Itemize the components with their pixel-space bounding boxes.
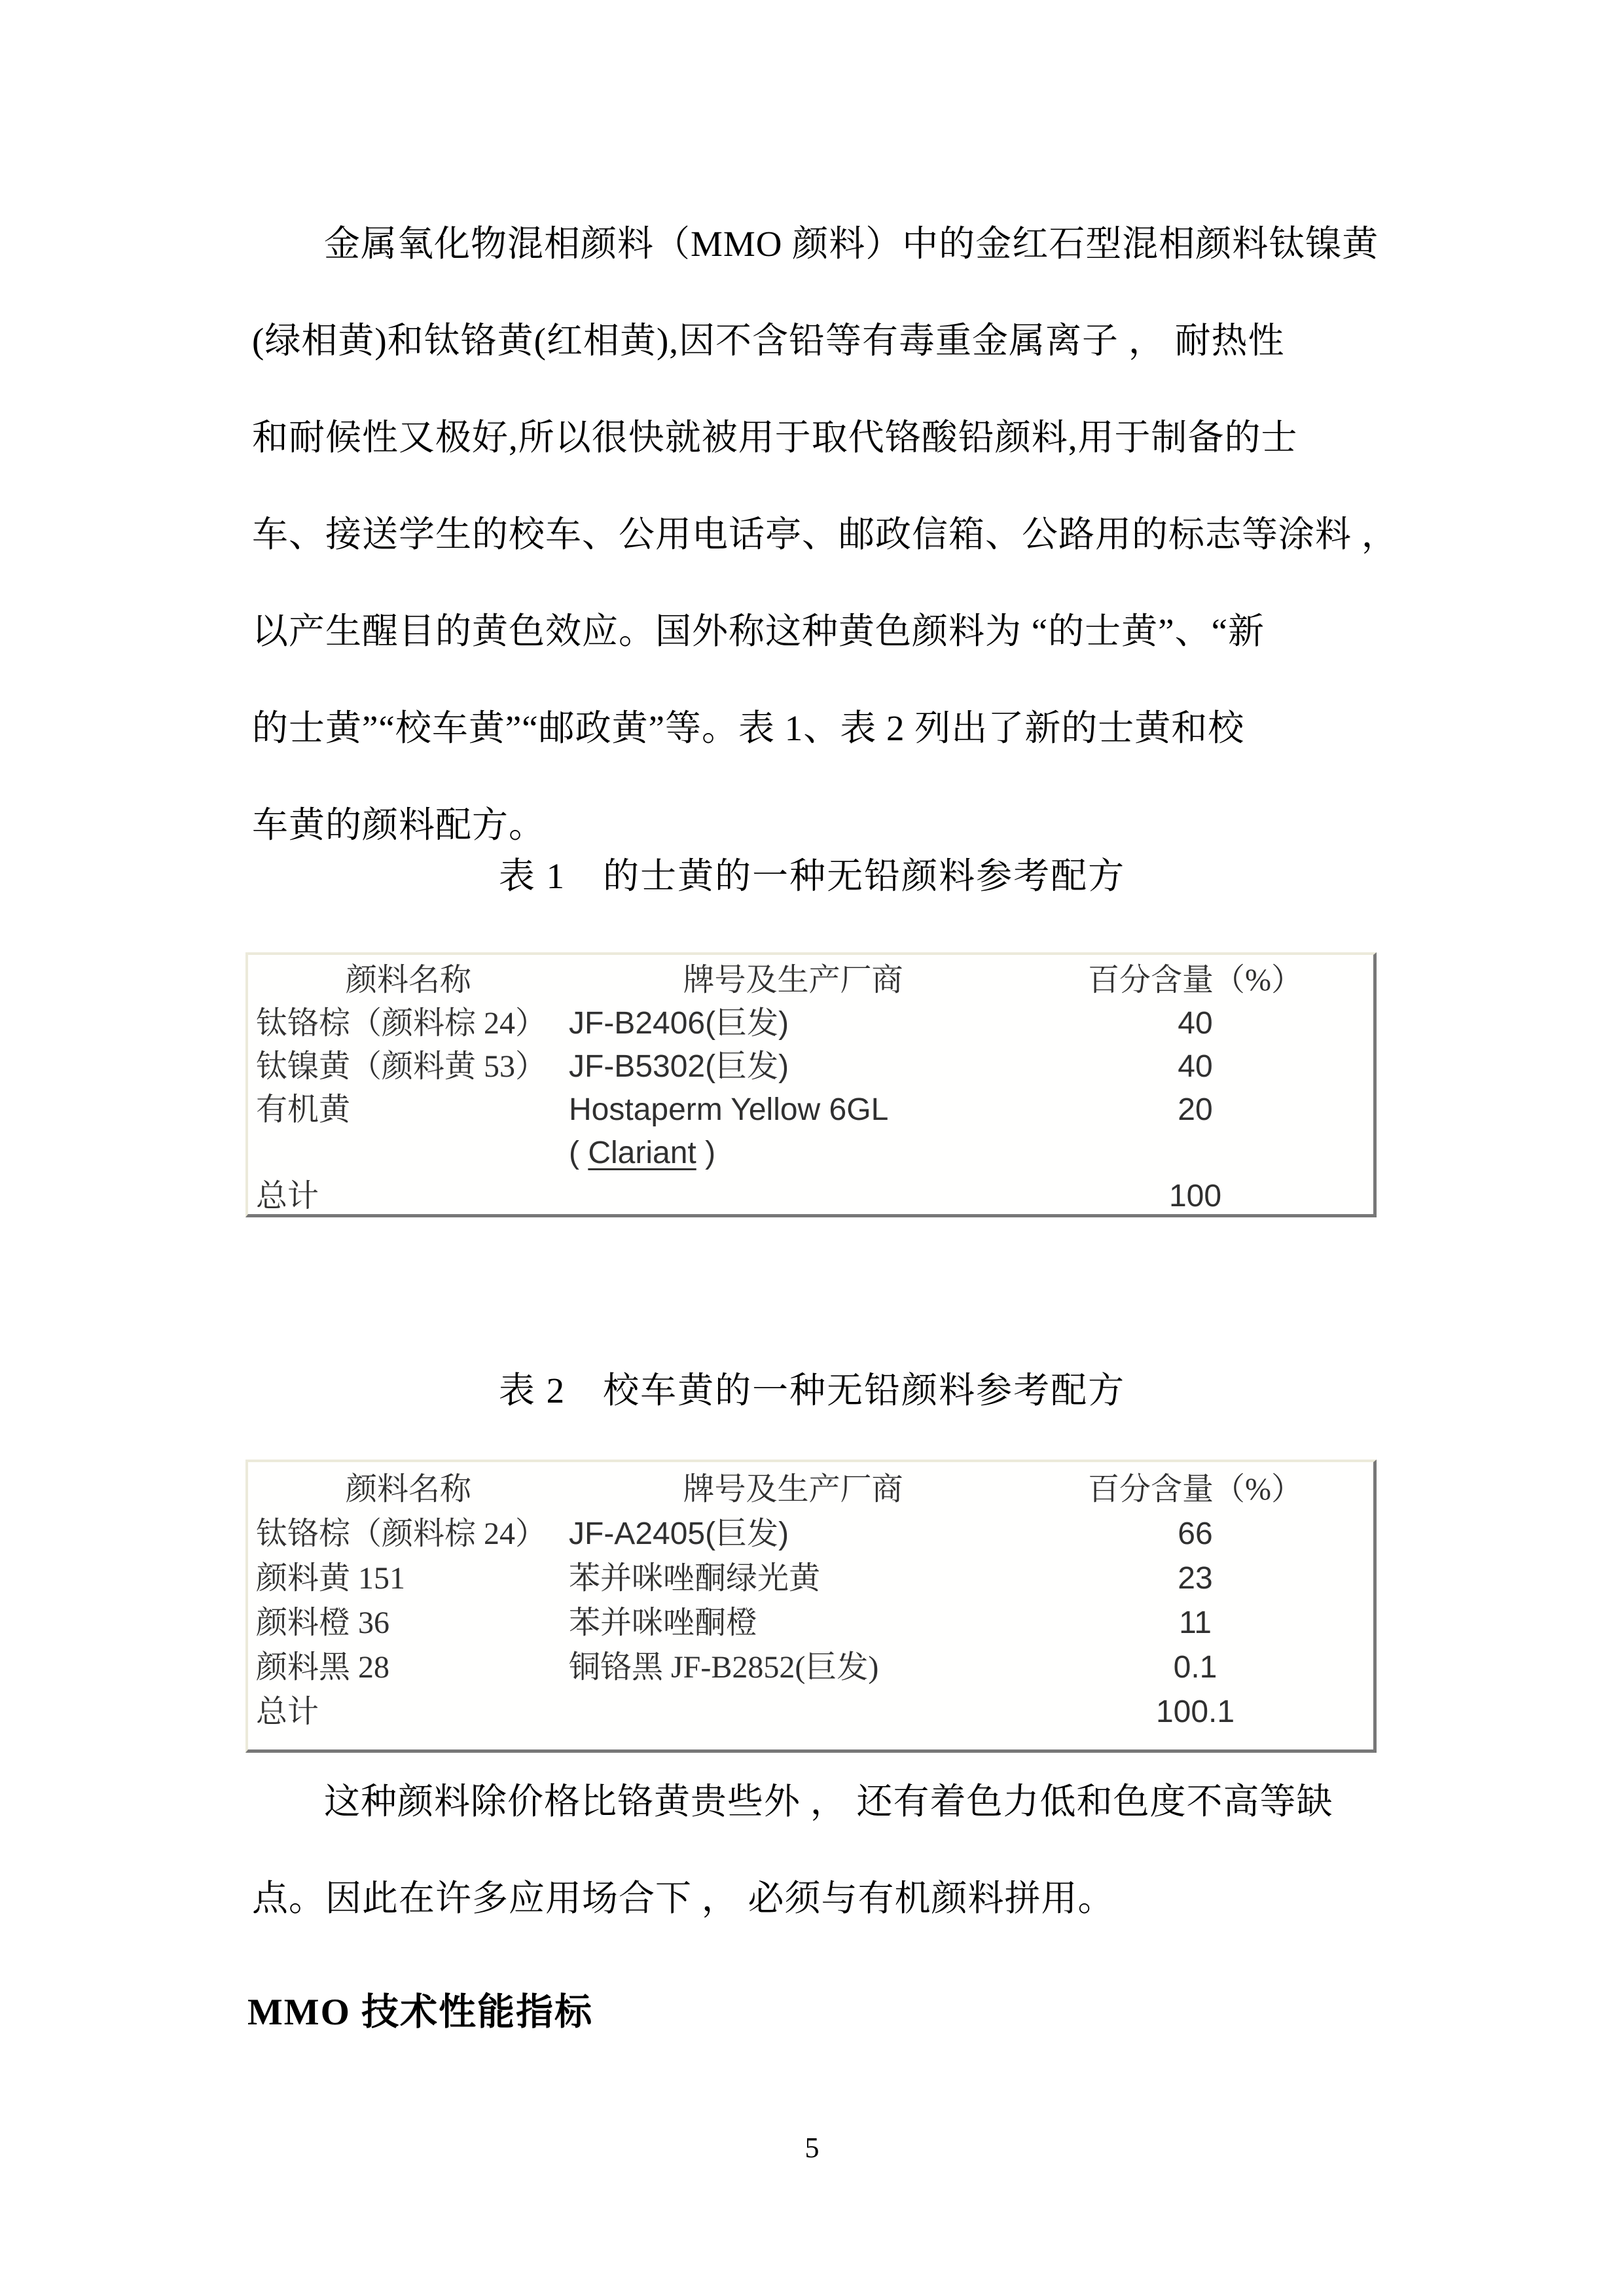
cell-percent: 0.1 xyxy=(1017,1645,1373,1690)
table-row-total: 总计 100.1 xyxy=(248,1690,1373,1734)
table-row: 钛铬棕（颜料棕 24） JF-A2405(巨发) 66 xyxy=(248,1512,1373,1556)
cell-percent: 66 xyxy=(1017,1512,1373,1556)
column-header-brand: 牌号及生产厂商 xyxy=(569,959,1017,1002)
brand-line2: ( Clariant ) xyxy=(569,1132,1017,1175)
cell-pigment-name: 颜料黄 151 xyxy=(248,1556,569,1601)
cell-brand: Hostaperm Yellow 6GL ( Clariant ) xyxy=(569,1088,1017,1175)
table-row: 钛镍黄（颜料黄 53） JF-B5302(巨发) 40 xyxy=(248,1045,1373,1088)
column-header-brand: 牌号及生产厂商 xyxy=(569,1467,1017,1512)
cell-percent: 100.1 xyxy=(1017,1690,1373,1734)
page-number: 5 xyxy=(0,2128,1624,2168)
cell-percent: 23 xyxy=(1017,1556,1373,1601)
text-line: 车、接送学生的校车、公用电话亭、邮政信箱、公路用的标志等涂料 ， xyxy=(252,486,1381,583)
table2-caption: 表 2 校车黄的一种无铅颜料参考配方 xyxy=(0,1342,1624,1439)
cell-pigment-name: 颜料黑 28 xyxy=(248,1645,569,1690)
text-line: 这种颜料除价格比铬黄贵些外 ， 还有着色力低和色度不高等缺 xyxy=(252,1753,1381,1850)
cell-pigment-name: 总计 xyxy=(248,1175,569,1218)
text-line: 的士黄”“校车黄”“邮政黄”等。表 1、表 2 列出了新的士黄和校 xyxy=(252,680,1381,777)
cell-brand: 苯并咪唑酮橙 xyxy=(569,1601,1017,1645)
text-line: 金属氧化物混相颜料（MMO 颜料）中的金红石型混相颜料钛镍黄 xyxy=(252,196,1381,293)
table2: 颜料名称 牌号及生产厂商 百分含量（%） 钛铬棕（颜料棕 24） JF-A240… xyxy=(245,1460,1377,1753)
cell-pigment-name: 颜料橙 36 xyxy=(248,1601,569,1645)
text-line: 和耐候性又极好,所以很快就被用于取代铬酸铅颜料,用于制备的士 xyxy=(252,389,1381,486)
cell-pigment-name: 有机黄 xyxy=(248,1088,569,1175)
table-row-total: 总计 100 xyxy=(248,1175,1373,1218)
manufacturer-link-text: Clariant xyxy=(588,1136,696,1170)
cell-pigment-name: 总计 xyxy=(248,1690,569,1734)
cell-pigment-name: 钛镍黄（颜料黄 53） xyxy=(248,1045,569,1088)
brand-line1: Hostaperm Yellow 6GL xyxy=(569,1088,1017,1132)
document-page: 金属氧化物混相颜料（MMO 颜料）中的金红石型混相颜料钛镍黄 (绿相黄)和钛铬黄… xyxy=(0,0,1624,2296)
cell-pigment-name: 钛铬棕（颜料棕 24） xyxy=(248,1002,569,1045)
cell-percent: 40 xyxy=(1017,1045,1373,1088)
table-row: 钛铬棕（颜料棕 24） JF-B2406(巨发) 40 xyxy=(248,1002,1373,1045)
table2-header-row: 颜料名称 牌号及生产厂商 百分含量（%） xyxy=(248,1467,1373,1512)
cell-percent: 11 xyxy=(1017,1601,1373,1645)
table1-header-row: 颜料名称 牌号及生产厂商 百分含量（%） xyxy=(248,959,1373,1002)
cell-brand: 苯并咪唑酮绿光黄 xyxy=(569,1556,1017,1601)
paren-close: ) xyxy=(696,1136,715,1170)
text-line: 点。因此在许多应用场合下 ， 必须与有机颜料拼用。 xyxy=(252,1850,1381,1947)
cell-brand xyxy=(569,1690,1017,1734)
column-header-pigment-name: 颜料名称 xyxy=(248,959,569,1002)
column-header-percent: 百分含量（%） xyxy=(1017,959,1373,1002)
table-row: 颜料橙 36 苯并咪唑酮橙 11 xyxy=(248,1601,1373,1645)
cell-brand: JF-B5302(巨发) xyxy=(569,1045,1017,1088)
column-header-percent: 百分含量（%） xyxy=(1017,1467,1373,1512)
section-heading: MMO 技术性能指标 xyxy=(247,1964,593,2061)
paragraph-conclusion: 这种颜料除价格比铬黄贵些外 ， 还有着色力低和色度不高等缺 点。因此在许多应用场… xyxy=(252,1753,1381,1947)
paren-open: ( xyxy=(569,1136,588,1170)
paragraph-intro: 金属氧化物混相颜料（MMO 颜料）中的金红石型混相颜料钛镍黄 (绿相黄)和钛铬黄… xyxy=(252,196,1381,874)
cell-percent: 40 xyxy=(1017,1002,1373,1045)
cell-brand: JF-A2405(巨发) xyxy=(569,1512,1017,1556)
cell-brand: 铜铬黑 JF-B2852(巨发) xyxy=(569,1645,1017,1690)
cell-brand: JF-B2406(巨发) xyxy=(569,1002,1017,1045)
cell-percent: 100 xyxy=(1017,1175,1373,1218)
cell-pigment-name: 钛铬棕（颜料棕 24） xyxy=(248,1512,569,1556)
cell-percent: 20 xyxy=(1017,1088,1373,1175)
table-row: 有机黄 Hostaperm Yellow 6GL ( Clariant ) 20 xyxy=(248,1088,1373,1175)
text-line: (绿相黄)和钛铬黄(红相黄),因不含铅等有毒重金属离子 ， 耐热性 xyxy=(252,293,1381,389)
table1-caption: 表 1 的士黄的一种无铅颜料参考配方 xyxy=(0,828,1624,925)
column-header-pigment-name: 颜料名称 xyxy=(248,1467,569,1512)
table-row: 颜料黄 151 苯并咪唑酮绿光黄 23 xyxy=(248,1556,1373,1601)
table-row: 颜料黑 28 铜铬黑 JF-B2852(巨发) 0.1 xyxy=(248,1645,1373,1690)
cell-brand xyxy=(569,1175,1017,1218)
text-line: 以产生醒目的黄色效应。国外称这种黄色颜料为 “的士黄”、“新 xyxy=(252,583,1381,680)
table1: 颜料名称 牌号及生产厂商 百分含量（%） 钛铬棕（颜料棕 24） JF-B240… xyxy=(245,952,1377,1217)
